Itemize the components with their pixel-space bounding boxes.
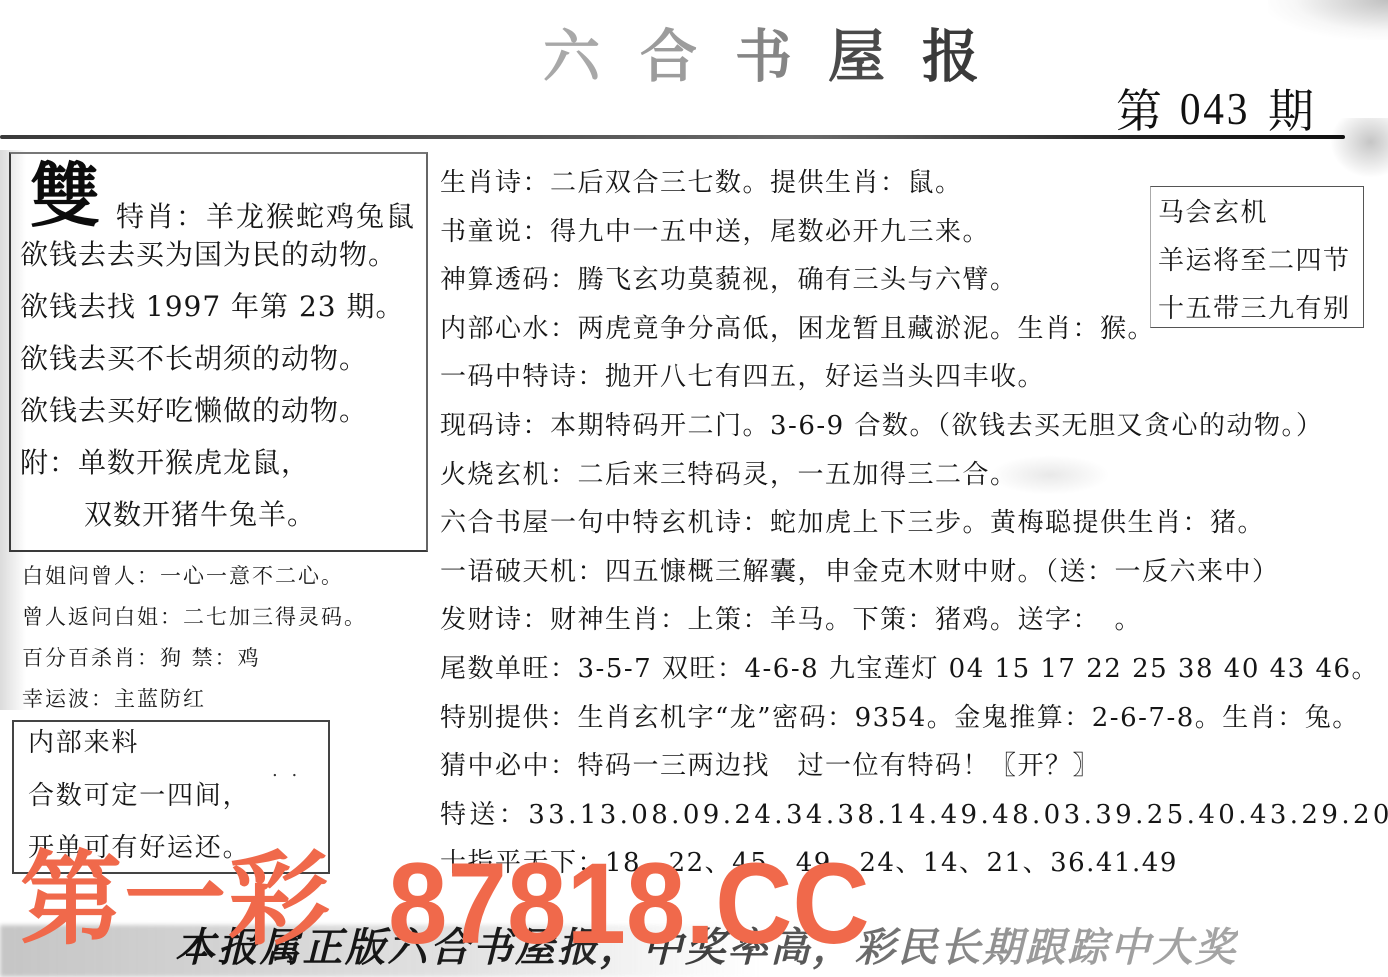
feature-line: 双数开猪牛兔羊。 <box>20 489 405 541</box>
main-line: 现码诗：本期特码开二门。3-6-9 合数。（欲钱去买无胆又贪心的动物。） <box>440 402 1388 451</box>
tip-line: 白姐问曾人：一心一意不二心。 <box>22 556 367 597</box>
header-divider <box>0 135 1345 139</box>
left-feature-lines: 欲钱去去买为国为民的动物。 欲钱去找 1997 年第 23 期。 欲钱去买不长胡… <box>20 229 405 541</box>
tip-box-title: 马会玄机 <box>1158 189 1351 237</box>
scan-shadow-top-right <box>1268 0 1388 40</box>
feature-line: 欲钱去买好吃懒做的动物。 <box>20 385 405 437</box>
main-line-numbers: 特送：33.13.08.09.24.34.38.14.49.48.03.39.2… <box>440 791 1388 840</box>
feature-line: 欲钱去去买为国为民的动物。 <box>20 229 405 281</box>
internal-info-line: 合数可定一四间， <box>28 770 250 823</box>
tip-line: 百分百杀肖：狗 禁：鸡 <box>22 638 367 679</box>
decorative-dots: . . <box>272 760 301 781</box>
issue-suffix: 期 <box>1268 75 1314 141</box>
watermark-brand: 第一彩 <box>20 846 332 956</box>
watermark-url: 87818.CC <box>388 847 870 962</box>
internal-info-title: 内部来料 <box>28 717 250 770</box>
main-line: 尾数单旺：3-5-7 双旺：4-6-8 九宝莲灯 04 15 17 22 25 … <box>440 645 1388 694</box>
main-line: 特别提供：生肖玄机字“龙”密码：9354。金鬼推算：2-6-7-8。生肖：兔。 <box>440 694 1388 743</box>
issue-value: 043 <box>1180 82 1250 135</box>
feature-line: 欲钱去找 1997 年第 23 期。 <box>20 281 405 333</box>
tip-box-line: 羊运将至二四节 <box>1158 237 1351 285</box>
main-line: 猜中必中：特码一三两边找 过一位有特码！〖开？〗 <box>440 742 1388 791</box>
newspaper-page: 六 合 书 屋 报 第 043 期 雙 特肖：羊龙猴蛇鸡兔鼠 欲钱去去买为国为民… <box>0 0 1388 977</box>
tip-line: 曾人返问白姐：二七加三得灵码。 <box>22 597 367 638</box>
main-line: 火烧玄机：二后来三特码灵，一五加得三二合。 <box>440 451 1388 500</box>
main-line: 六合书屋一句中特玄机诗：蛇加虎上下三步。黄梅聪提供生肖：猪。 <box>440 499 1388 548</box>
title-char: 屋 <box>828 22 885 92</box>
feature-line: 附：单数开猴虎龙鼠， <box>20 437 405 489</box>
title-char: 报 <box>922 22 979 92</box>
tip-line: 幸运波：主蓝防红 <box>22 679 367 720</box>
main-line: 一语破天机：四五慷概三解囊，申金克木财中财。（送：一反六来中） <box>440 548 1388 597</box>
issue-number: 第 043 期 <box>1116 80 1314 136</box>
feature-line: 欲钱去买不长胡须的动物。 <box>20 333 405 385</box>
issue-prefix: 第 <box>1116 75 1162 141</box>
horse-club-tip-text: 马会玄机 羊运将至二四节 十五带三九有别 <box>1158 189 1351 333</box>
title-char: 合 <box>640 22 697 92</box>
big-character-badge: 雙 <box>30 158 100 234</box>
left-tips: 白姐问曾人：一心一意不二心。 曾人返问白姐：二七加三得灵码。 百分百杀肖：狗 禁… <box>22 556 367 720</box>
title-char: 六 <box>543 22 600 92</box>
title-char: 书 <box>735 22 792 92</box>
main-line: 一码中特诗：抛开八七有四五，好运当头四丰收。 <box>440 353 1388 402</box>
tip-box-line: 十五带三九有别 <box>1158 285 1351 333</box>
main-line: 发财诗：财神生肖：上策：羊马。下策：猪鸡。送字： 。 <box>440 596 1388 645</box>
